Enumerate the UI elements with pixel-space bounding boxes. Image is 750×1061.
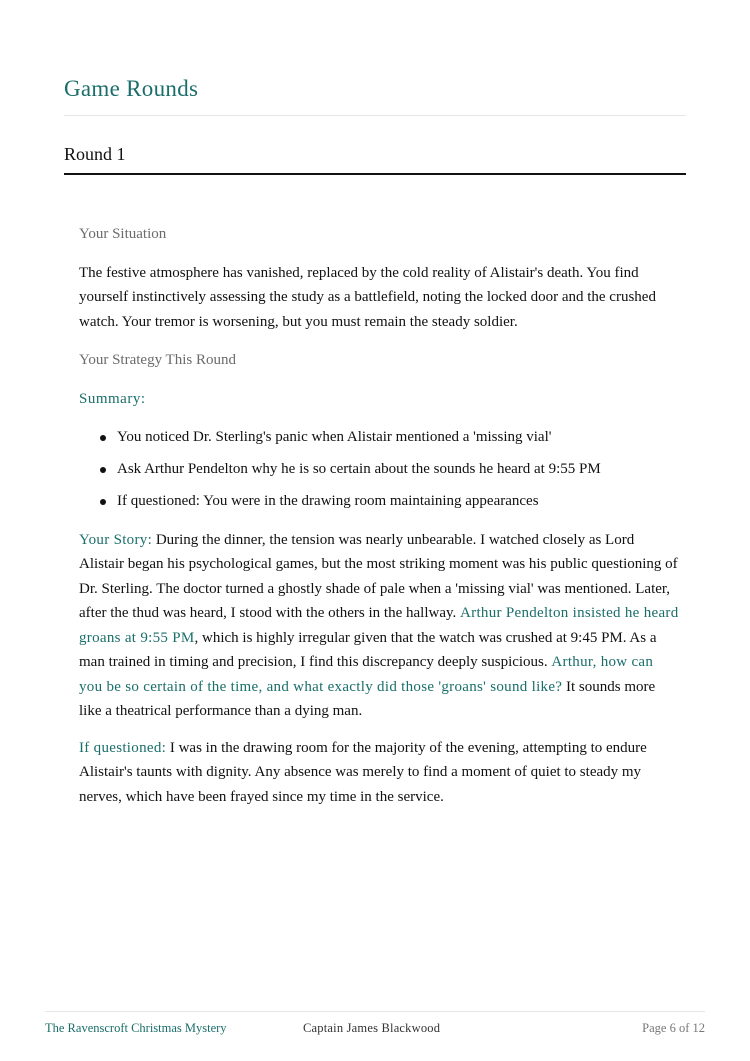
title-divider — [64, 115, 686, 116]
footer-game-title: The Ravenscroft Christmas Mystery — [45, 1021, 227, 1036]
round-divider — [64, 173, 686, 175]
situation-label: Your Situation — [79, 222, 679, 247]
list-item: If questioned: You were in the drawing r… — [79, 489, 679, 514]
list-item: Ask Arthur Pendelton why he is so certai… — [79, 457, 679, 482]
round-title: Round 1 — [64, 144, 126, 165]
story-paragraph: Your Story: During the dinner, the tensi… — [79, 528, 679, 724]
footer-page-number: Page 6 of 12 — [642, 1021, 705, 1036]
story-label: Your Story: — [79, 532, 152, 548]
summary-list: You noticed Dr. Sterling's panic when Al… — [79, 425, 679, 514]
if-questioned-label: If questioned: — [79, 740, 166, 756]
list-item: You noticed Dr. Sterling's panic when Al… — [79, 425, 679, 450]
situation-text: The festive atmosphere has vanished, rep… — [79, 261, 679, 335]
summary-label: Summary: — [79, 387, 679, 412]
footer-divider — [45, 1011, 705, 1012]
footer-character-name: Captain James Blackwood — [303, 1021, 440, 1036]
round-content: Your Situation The festive atmosphere ha… — [79, 222, 679, 809]
page-title: Game Rounds — [64, 76, 198, 102]
strategy-label: Your Strategy This Round — [79, 348, 679, 373]
if-questioned-paragraph: If questioned: I was in the drawing room… — [79, 736, 679, 810]
